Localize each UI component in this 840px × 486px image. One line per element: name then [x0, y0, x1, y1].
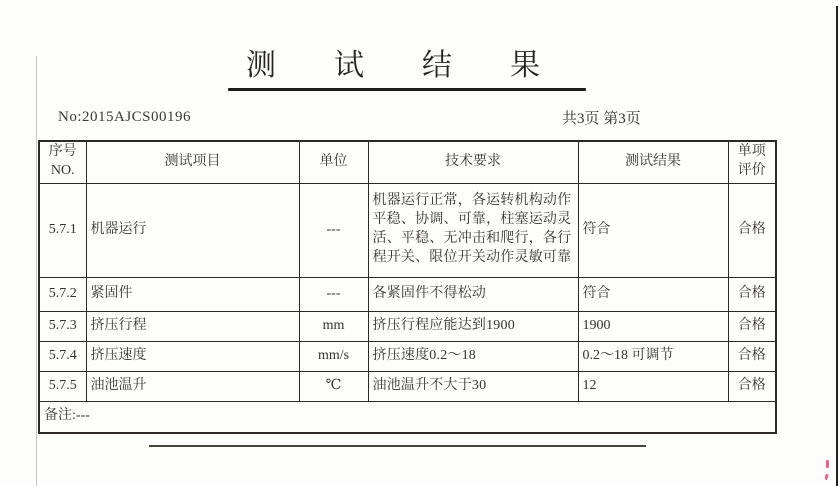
cell-result: 符合: [578, 183, 728, 277]
cell-no: 5.7.5: [39, 371, 86, 401]
document-number: No:2015AJCS00196: [58, 109, 191, 126]
cell-no: 5.7.3: [39, 311, 86, 341]
cell-no: 5.7.4: [39, 341, 86, 371]
cell-unit: mm: [299, 311, 368, 341]
cell-item: 紧固件: [86, 277, 299, 311]
cell-requirement: 挤压行程应能达到1900: [368, 311, 578, 341]
header-item: 测试项目: [86, 141, 299, 183]
cell-unit: ---: [299, 277, 368, 311]
header-evaluation-line1: 单项: [733, 143, 772, 162]
cell-item: 油池温升: [86, 371, 299, 401]
cell-evaluation: 合格: [728, 371, 776, 401]
cell-result: 符合: [578, 277, 728, 311]
header-no: 序号 NO.: [39, 141, 86, 183]
scanned-report-page: 测 试 结 果 No:2015AJCS00196 共3页 第3页 序号 NO. …: [0, 0, 840, 486]
cell-unit: mm/s: [299, 341, 368, 371]
scan-edge-right: [836, 6, 838, 486]
scan-red-mark: [824, 474, 828, 481]
table-row: 5.7.2 紧固件 --- 各紧固件不得松动 符合 合格: [39, 277, 776, 311]
table-row: 5.7.1 机器运行 --- 机器运行正常，各运转机构动作平稳、协调、可靠，柱塞…: [39, 183, 776, 277]
table-row: 5.7.3 挤压行程 mm 挤压行程应能达到1900 1900 合格: [39, 311, 776, 341]
cell-requirement: 挤压速度0.2～18: [368, 341, 578, 371]
cell-unit: ℃: [299, 371, 368, 401]
cell-evaluation: 合格: [728, 311, 776, 341]
header-no-line2: NO.: [44, 162, 82, 181]
cell-item: 机器运行: [86, 183, 299, 277]
scan-edge-left: [36, 56, 37, 486]
cell-requirement: 油池温升不大于30: [368, 371, 578, 401]
header-evaluation-line2: 评价: [733, 162, 772, 181]
cell-evaluation: 合格: [728, 277, 776, 311]
page-number-info: 共3页 第3页: [562, 107, 641, 128]
title-underline: [228, 88, 586, 91]
remark-row: 备注:---: [39, 401, 776, 433]
cell-item: 挤压行程: [86, 311, 299, 341]
header-requirement: 技术要求: [368, 141, 578, 183]
cell-unit: ---: [299, 183, 368, 277]
table-row: 5.7.4 挤压速度 mm/s 挤压速度0.2～18 0.2～18 可调节 合格: [39, 341, 776, 371]
cell-no: 5.7.2: [39, 277, 86, 311]
page-title: 测 试 结 果: [0, 40, 800, 84]
header-unit: 单位: [299, 141, 368, 183]
cell-result: 12: [578, 371, 728, 401]
cell-result: 0.2～18 可调节: [578, 341, 728, 371]
header-result: 测试结果: [578, 141, 728, 183]
table-row: 5.7.5 油池温升 ℃ 油池温升不大于30 12 合格: [39, 371, 776, 401]
header-no-line1: 序号: [44, 143, 82, 162]
header-evaluation: 单项 评价: [728, 141, 776, 183]
cell-requirement: 机器运行正常，各运转机构动作平稳、协调、可靠，柱塞运动灵活、平稳、无冲击和爬行，…: [368, 183, 578, 277]
remark-cell: 备注:---: [39, 401, 776, 433]
cell-item: 挤压速度: [86, 341, 299, 371]
cell-evaluation: 合格: [728, 341, 776, 371]
cell-requirement: 各紧固件不得松动: [368, 277, 578, 311]
test-results-table: 序号 NO. 测试项目 单位 技术要求 测试结果 单项 评价 5.7.1 机器运…: [38, 140, 777, 434]
scan-red-mark: [826, 460, 829, 468]
cell-no: 5.7.1: [39, 183, 86, 277]
cell-evaluation: 合格: [728, 183, 776, 277]
table-header-row: 序号 NO. 测试项目 单位 技术要求 测试结果 单项 评价: [39, 141, 776, 183]
scan-ghost-line: [149, 445, 646, 447]
cell-result: 1900: [578, 311, 728, 341]
